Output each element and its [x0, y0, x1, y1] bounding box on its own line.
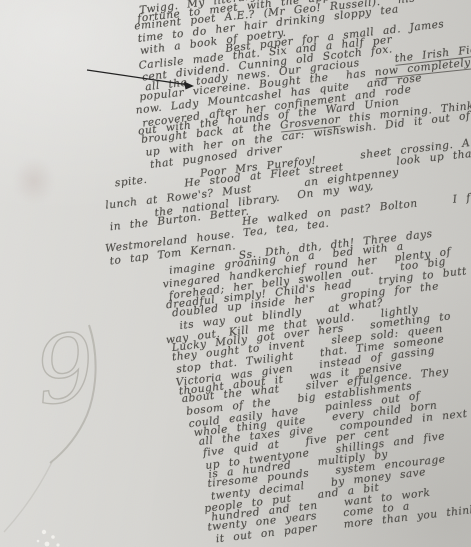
paper-page: Twigg. My literary efforts have had the … — [0, 0, 471, 547]
grain-overlay — [0, 0, 471, 547]
